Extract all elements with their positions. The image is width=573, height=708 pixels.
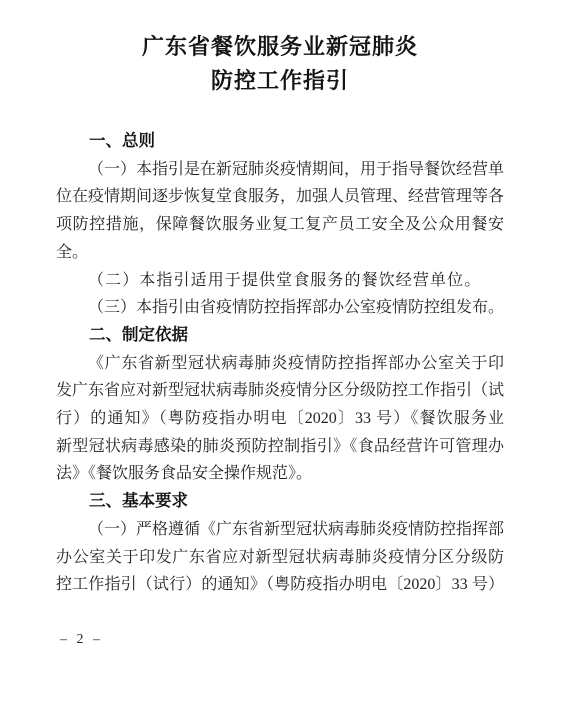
text-line: 发广东省应对新型冠状病毒肺炎疫情分区分级防控工作指引（试 — [56, 377, 504, 405]
text-line: 控工作指引（试行）的通知》（粤防疫指办明电〔2020〕33 号） — [56, 571, 504, 599]
text-line: （三）本指引由省疫情防控指挥部办公室疫情防控组发布。 — [56, 294, 504, 322]
text-line: （二）本指引适用于提供堂食服务的餐饮经营单位。 — [56, 267, 504, 295]
text-line: 法》《餐饮服务食品安全操作规范》。 — [56, 460, 504, 488]
section-heading-basis: 二、制定依据 — [56, 322, 504, 350]
section-heading-general: 一、总则 — [56, 128, 504, 156]
document-title: 广东省餐饮服务业新冠肺炎 防控工作指引 — [56, 30, 504, 98]
text-line: 项防控措施，保障餐饮服务业复工复产员工安全及公众用餐安 — [56, 211, 504, 239]
text-line: （一）严格遵循《广东省新型冠状病毒肺炎疫情防控指挥部 — [56, 516, 504, 544]
text-line: 《广东省新型冠状病毒肺炎疫情防控指挥部办公室关于印 — [56, 350, 504, 378]
text-line: 全。 — [56, 239, 504, 267]
document-page: 广东省餐饮服务业新冠肺炎 防控工作指引 一、总则 （一）本指引是在新冠肺炎疫情期… — [0, 0, 573, 708]
text-line: 位在疫情期间逐步恢复堂食服务，加强人员管理、经营管理等各 — [56, 183, 504, 211]
page-number: – 2 – — [60, 630, 103, 650]
document-body: 一、总则 （一）本指引是在新冠肺炎疫情期间，用于指导餐饮经营单 位在疫情期间逐步… — [56, 128, 504, 599]
text-line: 新型冠状病毒感染的肺炎预防控制指引》《食品经营许可管理办 — [56, 433, 504, 461]
title-line-2: 防控工作指引 — [56, 64, 504, 98]
section-heading-requirements: 三、基本要求 — [56, 488, 504, 516]
title-line-1: 广东省餐饮服务业新冠肺炎 — [56, 30, 504, 64]
text-line: （一）本指引是在新冠肺炎疫情期间，用于指导餐饮经营单 — [56, 156, 504, 184]
text-line: 办公室关于印发广东省应对新型冠状病毒肺炎疫情分区分级防 — [56, 544, 504, 572]
text-line: 行）的通知》（粤防疫指办明电〔2020〕33 号）《餐饮服务业 — [56, 405, 504, 433]
